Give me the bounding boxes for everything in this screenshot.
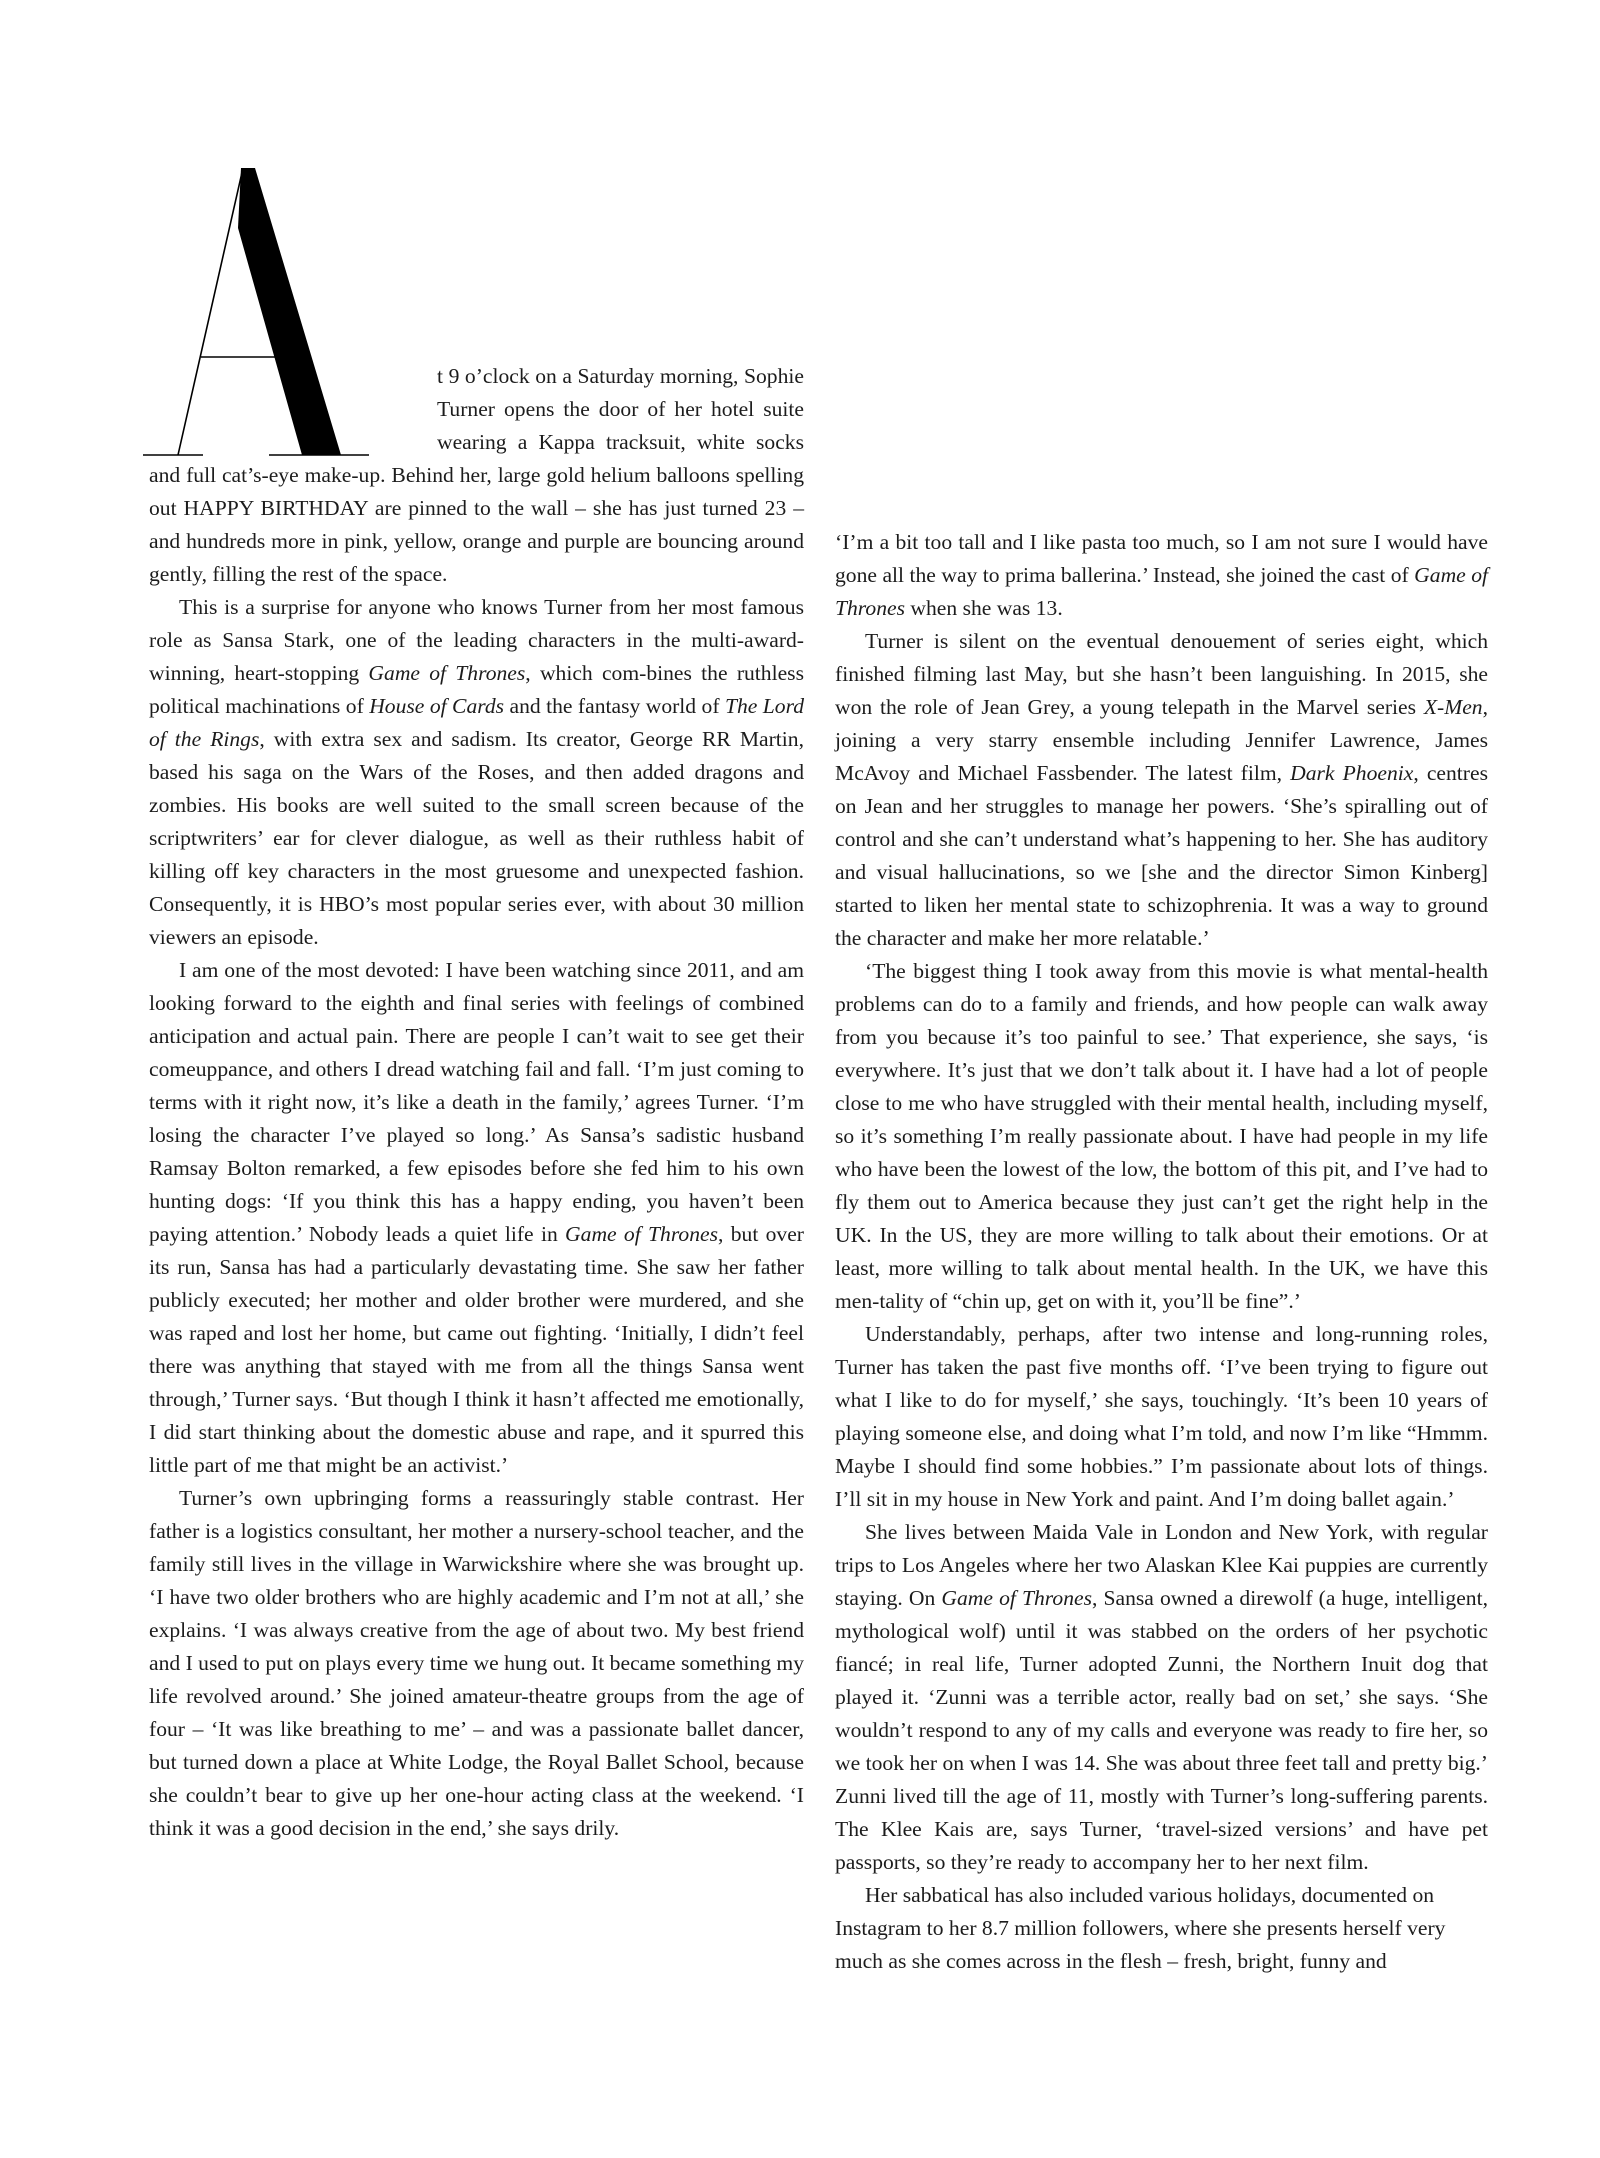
article-paragraph: Turner is silent on the eventual denouem… — [835, 625, 1488, 955]
text-run: when she was 13. — [905, 596, 1063, 620]
text-run: , centres on Jean and her struggles to m… — [835, 761, 1488, 950]
drop-cap-a-glyph — [143, 168, 433, 458]
text-run: Turner is silent on the eventual denouem… — [835, 629, 1488, 719]
italic-title: House of Cards — [369, 694, 504, 718]
article-paragraph: ‘The biggest thing I took away from this… — [835, 955, 1488, 1318]
article-column-right: ‘I’m a bit too tall and I like pasta too… — [835, 526, 1488, 1978]
italic-title: X-Men — [1424, 695, 1483, 719]
article-paragraph: Her sabbatical has also included various… — [835, 1879, 1488, 1978]
magazine-page: A t 9 o’clock on a Saturday morning, Sop… — [0, 0, 1600, 2158]
text-run: ‘I’m a bit too tall and I like pasta too… — [835, 530, 1488, 587]
text-run: , Sansa owned a direwolf (a huge, intell… — [835, 1586, 1488, 1874]
article-paragraph: She lives between Maida Vale in London a… — [835, 1516, 1488, 1879]
text-run: , with extra sex and sadism. Its creator… — [149, 727, 804, 949]
text-run: and the fantasy world of — [504, 694, 725, 718]
italic-title: Game of Thrones — [565, 1222, 718, 1246]
text-run: , but over its run, Sansa has had a part… — [149, 1222, 804, 1477]
article-column-left: A t 9 o’clock on a Saturday morning, Sop… — [149, 360, 804, 1845]
article-paragraph: ‘I’m a bit too tall and I like pasta too… — [835, 526, 1488, 625]
article-paragraph: Understandably, perhaps, after two inten… — [835, 1318, 1488, 1516]
article-paragraph: This is a surprise for anyone who knows … — [149, 591, 804, 954]
italic-title: Game of Thrones — [368, 661, 525, 685]
article-paragraph: A t 9 o’clock on a Saturday morning, Sop… — [149, 360, 804, 591]
italic-title: Dark Phoenix — [1290, 761, 1413, 785]
article-paragraph: Turner’s own upbringing forms a reassuri… — [149, 1482, 804, 1845]
text-run: I am one of the most devoted: I have bee… — [149, 958, 804, 1246]
drop-cap: A — [149, 360, 437, 459]
article-paragraph: I am one of the most devoted: I have bee… — [149, 954, 804, 1482]
italic-title: Game of Thrones — [941, 1586, 1092, 1610]
